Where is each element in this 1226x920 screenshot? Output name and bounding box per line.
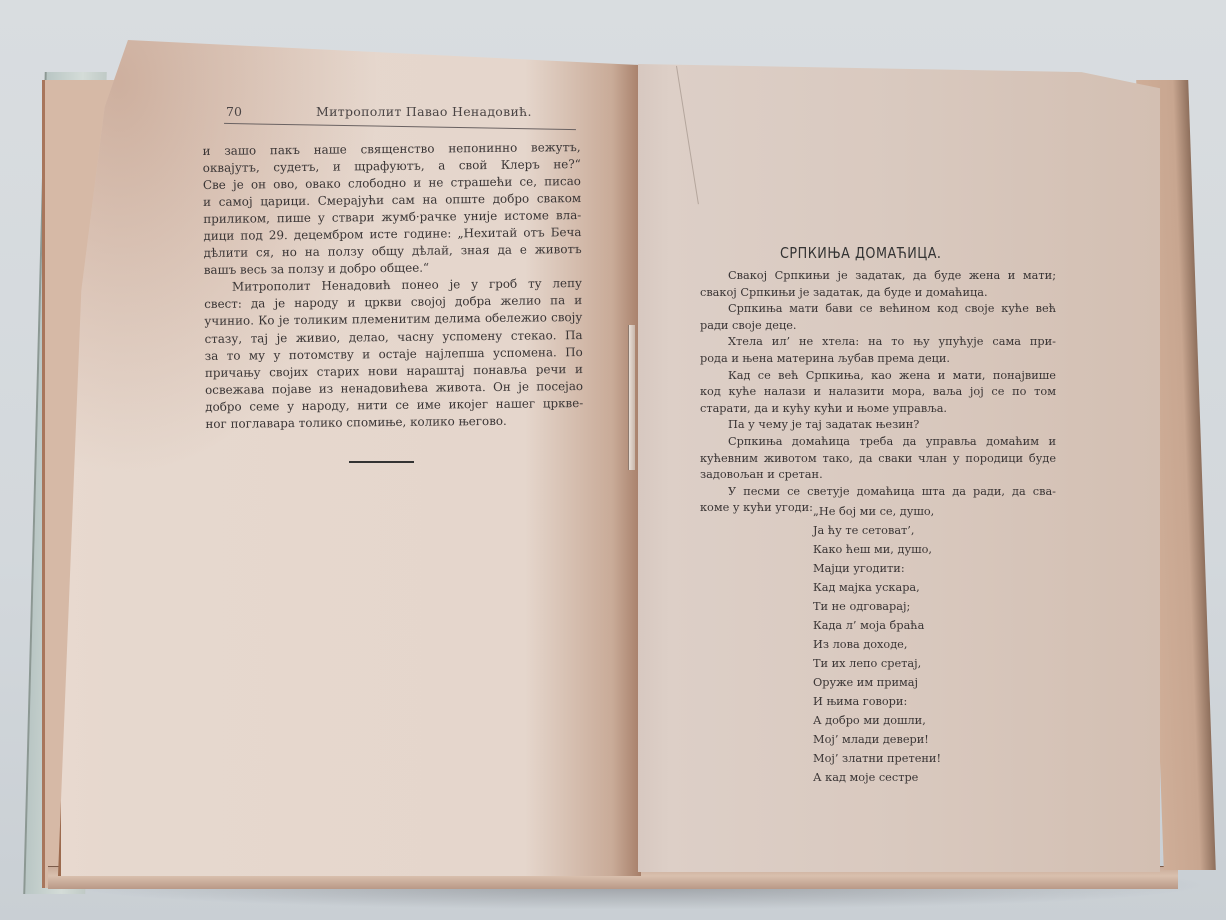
poem-line: Мој’ златни претени! (813, 749, 941, 768)
running-header: 70 Митрополит Павао Ненадовић. (226, 104, 578, 119)
text-line: Свакој Српкињи је задатак, да буде жена … (700, 268, 1056, 285)
text-line: Кад се већ Српкиња, као жена и мати, пон… (700, 368, 1056, 385)
poem-line: Када л’ моја браћа (813, 616, 941, 635)
text-line: задовољан и сретан. (700, 467, 1056, 484)
text-line: ради своје деце. (700, 318, 1056, 335)
text-line: Хтела ил’ не хтела: на то њу упућује сам… (700, 334, 1056, 351)
right-page-body: Свакој Српкињи је задатак, да буде жена … (700, 268, 1056, 517)
text-line: Па у чему је тај задатак њезин? (700, 417, 1056, 434)
poem-line: И њима говори: (813, 692, 941, 711)
poem-line: Мој’ млади девери! (813, 730, 941, 749)
poem-line: А кад моје сестре (813, 768, 941, 787)
poem-line: Како ћеш ми, душо, (813, 540, 941, 559)
text-line: рода и њена материна љубав према деци. (700, 351, 1056, 368)
running-head-title: Митрополит Павао Ненадовић. (316, 104, 532, 119)
poem-line: Из лова доходе, (813, 635, 941, 654)
poem-line: Ти их лепо сретај, (813, 654, 941, 673)
binding-stitch (628, 325, 635, 470)
section-separator (349, 461, 414, 463)
poem-line: Оруже им примај (813, 673, 941, 692)
text-line: кућевним животом тако, да сваки члан у п… (700, 451, 1056, 468)
text-line: Српкиња домаћица треба да управља домаћи… (700, 434, 1056, 451)
text-line: У песми се светује домаћица шта да ради,… (700, 484, 1056, 501)
poem-line: А добро ми дошли, (813, 711, 941, 730)
poem-line: Мајци угодити: (813, 559, 941, 578)
left-page-body: и зашо пакъ наше священство непонинно ве… (202, 139, 583, 433)
poem-line: Ти не одговарај; (813, 597, 941, 616)
chapter-heading: СРПКИЊА ДОМАЋИЦА. (780, 244, 942, 262)
poem-verses: „Не бој ми се, душо, Ја ћу те сетоват’, … (813, 502, 941, 787)
text-line: старати, да и кућу кући и њоме управља. (700, 401, 1056, 418)
text-line: свакој Српкињи је задатак, да буде и дом… (700, 285, 1056, 302)
poem-line: „Не бој ми се, душо, (813, 502, 941, 521)
text-line: Српкиња мати бави се већином код своје к… (700, 301, 1056, 318)
text-line: код куће налази и налазити мора, ваља јо… (700, 384, 1056, 401)
page-number: 70 (226, 104, 316, 119)
poem-line: Кад мајка ускара, (813, 578, 941, 597)
poem-line: Ја ћу те сетоват’, (813, 521, 941, 540)
